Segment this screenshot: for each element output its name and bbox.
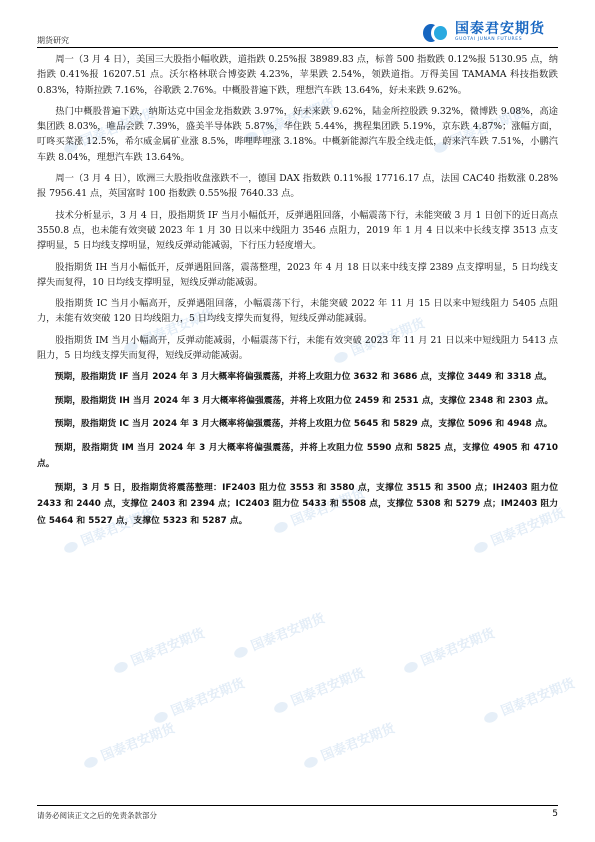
paragraph-ih-technical: 股指期货 IH 当月小幅低开，反弹遇阻回落，震荡整理，2023 年 4 月 18…	[37, 260, 558, 291]
forecast-ic: 预期，股指期货 IC 当月 2024 年 3 月大概率将偏强震荡，并将上攻阻力位…	[37, 416, 558, 433]
disclaimer-note: 请务必阅读正文之后的免责条款部分	[37, 810, 157, 821]
paragraph-eu-markets: 周一（3 月 4 日），欧洲三大股指收盘涨跌不一，德国 DAX 指数跌 0.11…	[37, 171, 558, 202]
paragraph-us-markets: 周一（3 月 4 日），美国三大股指小幅收跌，道指跌 0.25%报 38989.…	[37, 52, 558, 98]
paragraph-if-technical: 技术分析显示，3 月 4 日，股指期货 IF 当月小幅低开，反弹遇阻回落，小幅震…	[37, 208, 558, 254]
watermark: 国泰君安期货	[300, 718, 397, 772]
watermark: 国泰君安期货	[400, 623, 497, 677]
paragraph-china-concept-stocks: 热门中概股普遍下跌，纳斯达克中国金龙指数跌 3.97%，好未来跌 9.62%，陆…	[37, 104, 558, 165]
company-logo: 国泰君安期货 GUOTAI JUNAN FUTURES	[423, 22, 545, 43]
logo-name-cn: 国泰君安期货	[455, 22, 545, 37]
watermark: 国泰君安期货	[150, 673, 247, 727]
forecast-daily-levels: 预期，3 月 5 日，股指期货将震荡整理：IF2403 阻力位 3553 和 3…	[37, 480, 558, 530]
forecast-im: 预期，股指期货 IM 当月 2024 年 3 月大概率将偏强震荡，并将上攻阻力位…	[37, 440, 558, 473]
watermark: 国泰君安期货	[230, 608, 327, 662]
paragraph-im-technical: 股指期货 IM 当月小幅高开，反弹动能减弱，小幅震荡下行，未能有效突破 2023…	[37, 333, 558, 364]
forecast-ih: 预期，股指期货 IH 当月 2024 年 3 月大概率将偏强震荡，并将上攻阻力位…	[37, 393, 558, 410]
logo-icon	[423, 24, 449, 42]
watermark: 国泰君安期货	[270, 663, 367, 717]
report-body: 周一（3 月 4 日），美国三大股指小幅收跌，道指跌 0.25%报 38989.…	[37, 52, 558, 536]
section-label: 期货研究	[37, 35, 69, 46]
page-number: 5	[552, 809, 558, 819]
footer-divider	[37, 805, 558, 806]
watermark: 国泰君安期货	[110, 623, 207, 677]
watermark: 国泰君安期货	[80, 718, 177, 772]
header-divider	[37, 47, 558, 48]
logo-name-en: GUOTAI JUNAN FUTURES	[455, 37, 545, 43]
forecast-if: 预期，股指期货 IF 当月 2024 年 3 月大概率将偏强震荡，并将上攻阻力位…	[37, 369, 558, 386]
paragraph-ic-technical: 股指期货 IC 当月小幅高开，反弹遇阻回落，小幅震荡下行，未能突破 2022 年…	[37, 296, 558, 327]
watermark: 国泰君安期货	[480, 673, 577, 727]
